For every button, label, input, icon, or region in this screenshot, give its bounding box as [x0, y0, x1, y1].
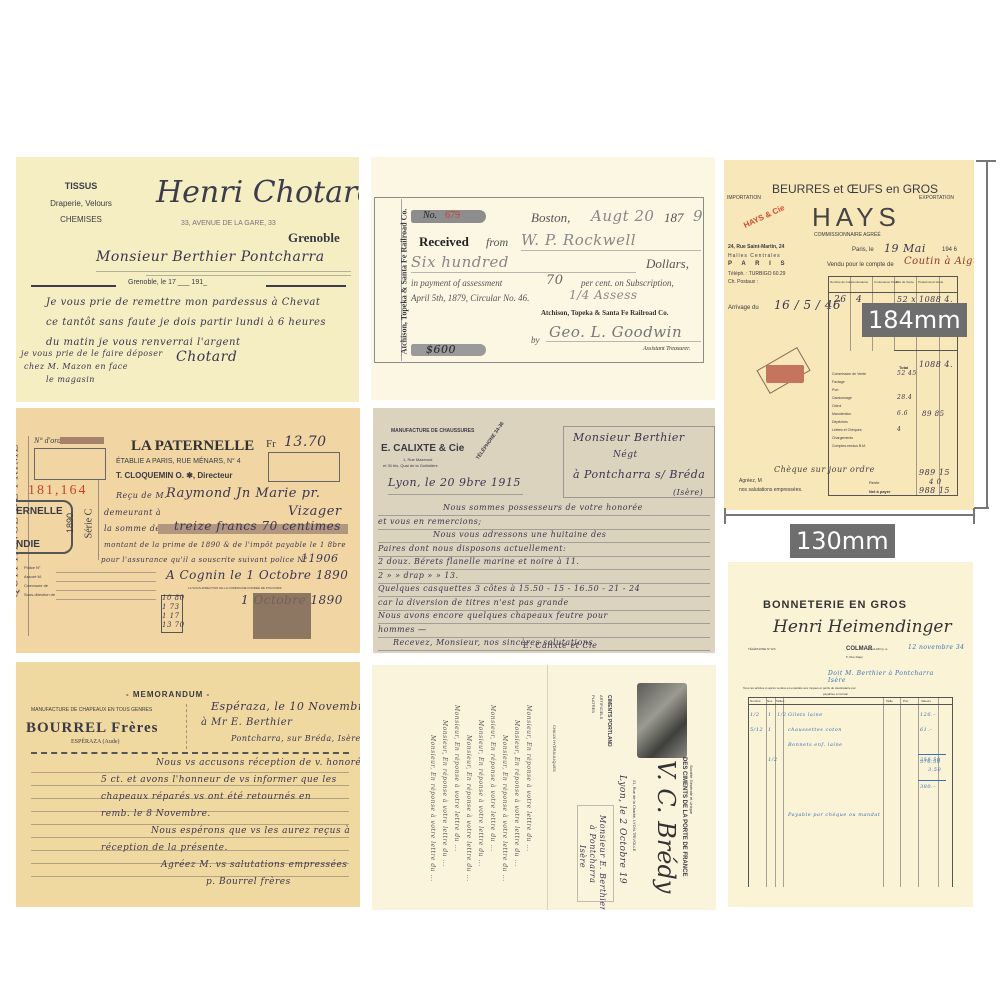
table-header: Prix [903, 699, 908, 703]
sum-label: la somme de [104, 524, 161, 533]
address-2: Halles Centrales [728, 253, 781, 259]
company-name: E. CALIXTE & Cie [381, 443, 464, 454]
handwriting-line: Monsieur, En réponse à votre lettre du .… [489, 705, 496, 852]
revenue-stamp [253, 593, 311, 639]
height-label: 184mm [862, 303, 967, 337]
subtotal: 376.50 [920, 759, 941, 765]
handwriting-line: Monsieur, En réponse à votre lettre du .… [501, 735, 508, 882]
address-hand-1: Monsieur E. Berthier [598, 815, 607, 910]
fr-hand: 13.70 [284, 434, 327, 450]
handwriting-line: Monsieur, En réponse à votre lettre du .… [525, 705, 532, 852]
width-label: 130mm [790, 524, 895, 558]
height-dimension-cap-top [976, 160, 996, 162]
signature: Chotard [176, 349, 237, 365]
address: 5, Rue Rapp [846, 655, 863, 659]
handwriting-line: Monsieur, En réponse à votre lettre du .… [441, 720, 448, 867]
fee-value: 28.4 [897, 394, 912, 401]
net-value-1: 989 15 [919, 468, 950, 477]
address-hand-2: Négt [613, 450, 638, 460]
body-line: car la diversion de titres n'est pas gra… [378, 598, 569, 607]
document-calixte: MANUFACTURE DE CHAUSSURES E. CALIXTE & C… [373, 408, 715, 653]
document-bourrel: - MEMORANDUM - MANUFACTURE DE CHAPEAUX E… [16, 662, 360, 907]
amount: 10 80 [162, 594, 185, 602]
height-dimension-cap-bottom [974, 507, 989, 509]
company-name: Henri Heimendinger [773, 617, 952, 637]
address: 21, Rue de la Charité, LYON-TRIVOLLE [632, 780, 637, 851]
residing-label: demeurant à [104, 508, 161, 517]
header-chemises: CHEMISES [36, 215, 126, 224]
row-tailles: 1/2 [777, 712, 787, 718]
received-label: Received [419, 234, 469, 250]
memo-title: - MEMORANDUM - [126, 690, 210, 699]
signature: E. Calixte et Cie [523, 641, 597, 650]
to-pay-label: Net à payer [869, 489, 891, 494]
stub-year: 1890 [65, 513, 75, 533]
company-name: HAYS [812, 202, 901, 233]
address-2: et 30 bis, Quai de la Guillotière [383, 463, 438, 468]
net-label: Reste [869, 480, 879, 485]
footer-hand: Payable par chèque ou mandat [788, 812, 880, 818]
row-desc: Bonnets enf. laine [788, 742, 843, 748]
body-line: Paires dont nous disposons actuellement: [378, 544, 566, 553]
handwriting-line: Monsieur, En réponse à votre lettre du .… [429, 735, 436, 882]
line-2-hand: 1/4 Assess [569, 288, 638, 302]
stub-field: Sous-direction de [24, 592, 55, 597]
closing-2: nos salutations empressées. [739, 487, 802, 493]
table-header: Nombre [750, 699, 761, 703]
handwriting-line: Monsieur, En réponse à votre lettre du .… [477, 720, 484, 867]
amount-box: $600 [426, 343, 456, 356]
company-name: V. C. Brédy [652, 760, 680, 893]
document-henri-chotard: TISSUS Draperie, Velours CHEMISES Henri … [16, 157, 359, 402]
document-bredy: CHAUX HYDRAULIQUES CIMENTS PORTLAND ARTI… [372, 665, 716, 910]
company-address: ÉTABLIE A PARIS, RUE MÉNARS, N° 4 [116, 458, 241, 465]
body-line: Nous sommes possesseurs de votre honorée [443, 503, 643, 512]
phone: TÉLÉPHONE N°120 [748, 647, 775, 651]
th-prix: Prix de Vente [896, 280, 914, 284]
total-value: 1088 4. [919, 360, 953, 369]
year: 194 6 [942, 247, 957, 253]
body-line: 2 » » drap » » 13. [378, 571, 458, 580]
header-title: BEURRES et ŒUFS en GROS [772, 182, 938, 196]
company-name: Atchison, Topeka & Santa Fe Railroad Co. [541, 309, 668, 317]
receipt-number: 679 [445, 210, 460, 221]
city-suffix: (Haut-Rhin), le [868, 647, 888, 651]
row-nos: 1/2 [768, 757, 778, 763]
fee-total: 89 85 [922, 410, 945, 418]
engraving-image [637, 683, 687, 758]
address-hand-4: (Isère) [673, 488, 703, 497]
address-hand-1: Monsieur Berthier [573, 431, 685, 444]
body-line: Nous espérons que vs les aurez reçus à [151, 826, 350, 836]
document-boston-receipt: Atchison, Topeka & Santa Fe Railroad Co.… [371, 157, 715, 400]
header-small: Société Générale et Unique [689, 765, 694, 814]
notice-2: payables à Colmar [823, 692, 848, 696]
address-4: Téléph. : TURBIGO 60.29 [728, 271, 785, 277]
assessment-hand: 70 [546, 273, 564, 288]
body-line-1: Je vous prie de remettre mon pardessus à… [46, 297, 320, 308]
received-label: Reçu de M. [116, 491, 167, 500]
body-line-3: du matin je vous renverrai l'argent [46, 337, 241, 348]
amount-hand: Six hundred [411, 253, 509, 271]
fee-value: 6.6 [897, 410, 908, 417]
stub-field: Assuré M. [24, 574, 42, 579]
received-hand: Raymond Jn Marie pr. [166, 486, 320, 501]
company-name: Henri Chotard [156, 175, 359, 210]
address: 33, AVENUE DE LA GARE, 33 [181, 220, 276, 227]
red-number: 181,164 [28, 483, 88, 499]
address-3: P A R I S [728, 261, 788, 267]
row-nombre: 5/12 [750, 727, 763, 733]
date-hand: Lyon, le 2 Octobre 19 [617, 775, 627, 884]
address-hand-2: à Pontcharra [588, 825, 597, 883]
by-label: by [531, 335, 540, 345]
dollars-label: Dollars, [646, 256, 689, 272]
city: Grenoble [288, 230, 340, 246]
fee-label: Camionnage [832, 396, 852, 400]
width-dimension-line [724, 514, 974, 516]
number-prefix: No. [423, 210, 437, 221]
fee-label: Lettres et Chèques [832, 428, 862, 432]
body-line: et vous en remercions; [378, 517, 482, 526]
stub-brand: ERNELLE [16, 506, 63, 517]
handwriting-line: Monsieur, En réponse à votre lettre du .… [465, 735, 472, 882]
document-la-paternelle: QUITTANCE DE PRIME N° d'ordre 181,164 ER… [16, 408, 360, 653]
signature-title: Assistant Treasurer. [643, 346, 690, 352]
signature: Geo. L. Goodwin [549, 323, 682, 341]
header-top: MANUFACTURE DE CHAUSSURES [391, 428, 474, 434]
header-draperie: Draperie, Velours [26, 199, 136, 208]
fee-label: Factage [832, 380, 845, 384]
closing-hand: Chèque sur jour ordre [774, 465, 875, 474]
revenue-stamp [766, 365, 804, 383]
address-5: Ch. Postaux : [728, 279, 758, 285]
handwriting-line: Monsieur, En réponse à votre lettre du .… [513, 720, 520, 867]
body-line: Nous vous adressons une huitaine des [433, 530, 606, 539]
side-text: Atchison, Topeka & Santa Fe Railroad Co. [399, 209, 408, 355]
net-value-2: 4 0 [929, 478, 942, 486]
side-text-4: PLATRES [591, 695, 596, 713]
closing: Agréez, M [739, 478, 762, 484]
to-pay-value: 988 15 [919, 486, 950, 495]
company-name: BOURREL Frères [26, 720, 158, 737]
year: 187 [664, 210, 684, 226]
to-city-hand: Pontcharra, sur Bréda, Isère [231, 734, 360, 743]
table-header: Valeurs [921, 699, 931, 703]
date-hand: Lyon, le 20 9bre 1915 [388, 476, 521, 489]
fee-value: 4 [897, 426, 901, 433]
company-name: LA PATERNELLE [131, 438, 254, 455]
from-hand: W. P. Rockwell [521, 231, 636, 249]
row-value: 61.– [920, 727, 932, 733]
stub-field: Commune de [24, 583, 48, 588]
body-line: chapeaux réparés vs ont été retournés en [101, 792, 311, 802]
address-hand-3: Isère [578, 845, 587, 868]
margin-note-2: chez M. Mazon en face [24, 362, 128, 371]
amount: 13 70 [162, 621, 185, 629]
address-hand-3: à Pontcharra s/ Bréda [573, 468, 705, 481]
document-heimendinger: BONNETERIE EN GROS Henri Heimendinger TÉ… [728, 562, 973, 907]
body-line: réception de la présente. [101, 843, 228, 853]
to-hand: à Mr E. Berthier [201, 717, 292, 728]
body-line: p. Bourrel frères [206, 877, 291, 887]
customer-hand-2: Isère [828, 677, 846, 684]
line-2: April 5th, 1879, Circular No. 46. [411, 293, 529, 303]
body-line: Agréez M. vs salutations empressées [161, 860, 347, 870]
side-text-2: CIMENTS PORTLAND [606, 695, 612, 747]
width-dimension-cap-right [973, 508, 975, 524]
serie: Série C [83, 509, 94, 539]
row-desc: Gilets laine [788, 712, 823, 718]
amount: 1 17 [162, 612, 180, 620]
body-line-2: ce tantôt sans faute je dois partir lund… [46, 317, 326, 328]
header-left: IMPORTATION [727, 195, 761, 201]
stub-region: NDIE [16, 539, 40, 550]
subheader: MANUFACTURE DE CHAPEAUX EN TOUS GENRES [31, 707, 152, 713]
director: T. CLOQUEMIN O. ✱, Directeur [116, 471, 233, 480]
th-produit: Produit de la Vente [918, 280, 943, 284]
fee-label: Manutention [832, 412, 851, 416]
margin-note-3: le magasin [46, 375, 95, 384]
date-hand: 19 Mai [884, 242, 926, 255]
policy-hand: 11906 [301, 552, 339, 565]
row-nombre: 1/2 [750, 712, 760, 718]
from-label: from [486, 235, 508, 250]
subdirection: LA SOUS-DIRECTION DE LA COMPAGNIE FONDÉE… [188, 586, 282, 590]
fr-label: Fr [266, 438, 276, 450]
body-line: 5 ct. et avons l'honneur de vs informer … [101, 775, 337, 785]
row-nos: 1 [768, 727, 772, 733]
fee-label: Comptes-rendus B.M. [832, 444, 866, 448]
policy-line: pour l'assurance qu'il a souscrite suiva… [101, 556, 308, 564]
row-desc: chaussettes coton [788, 727, 842, 733]
place: Boston, [531, 210, 570, 226]
arrival-label: Arrivage du [728, 305, 759, 311]
table-header: Taille [886, 699, 893, 703]
height-dimension-line [986, 160, 988, 508]
th-contenance: Contenance [852, 280, 868, 284]
header-right: EXPORTATION [919, 195, 954, 201]
address-1: 1, Rue Mazenod [403, 457, 432, 462]
stub-field: Police N° [24, 565, 41, 570]
total: 380.– [920, 784, 936, 790]
fee-value: 52 45 [897, 370, 917, 377]
place: ESPÉRAZA (Aude) [71, 739, 120, 745]
handwriting-line: Monsieur, En réponse à votre lettre du .… [453, 705, 460, 852]
year-hand: 9 [693, 207, 703, 225]
side-text-1: CHAUX HYDRAULIQUES [552, 725, 557, 772]
line-1b: per cent. on Subscription, [581, 278, 674, 288]
row-colis: 26 [834, 295, 846, 305]
red-stamp: HAYS & Cie [742, 203, 786, 230]
margin-note-1: je vous prie de le faire déposer [21, 349, 163, 358]
body-line: hommes — [378, 625, 427, 634]
th-colis: Nombre de Colis [830, 280, 852, 284]
fee-label: Octroi [832, 404, 841, 408]
date-line: Paris, le [852, 247, 874, 253]
date-line: Grenoble, le 17 ___ 191_ [128, 279, 207, 286]
body-line: Quelques casquettes 3 côtes à 15.50 - 15… [378, 584, 640, 593]
title: BONNETERIE EN GROS [763, 599, 907, 611]
date-hand: 12 novembre 34 [908, 644, 964, 651]
row-nos: 1 [768, 712, 772, 718]
table-header: Nos [767, 699, 772, 703]
sold-for-hand: Coutin à Aigueme [904, 256, 974, 267]
subtitle: COMMISSIONNAIRE AGRÉÉ [814, 232, 881, 238]
fee-label: Dépêches [832, 420, 848, 424]
width-dimension-cap-left [724, 508, 726, 524]
amount: 1 73 [162, 603, 180, 611]
fee-label: Chargements [832, 436, 853, 440]
date-hand: Augt 20 [591, 207, 654, 225]
phone-stamp: TÉLÉPHONE 34-36 [475, 421, 506, 461]
body-line: Nous avons encore quelques chapeaux feut… [378, 611, 608, 620]
side-text-3: ARTIFICIELS [599, 695, 604, 719]
body-line: Nous vs accusons réception de v. honorée [156, 758, 360, 768]
premium-line: montant de la prime de 1890 & de l'impôt… [104, 541, 346, 549]
place-date-hand: A Cognin le 1 Octobre 1890 [166, 568, 348, 582]
notice: Tous les articles ci-après vendus et exp… [743, 686, 856, 690]
address-1: 24, Rue Saint-Martin, 24 [728, 244, 784, 250]
date-hand: Espéraza, le 10 Novembre 1919 [211, 700, 360, 713]
extra: 3.50 [928, 767, 941, 773]
table-header: Tailles [776, 699, 784, 703]
header: DES CIMENTS DE LA PORTE DE FRANCE [681, 757, 687, 876]
body-line: 2 douz. Bérets flanelle marine et noire … [378, 557, 579, 566]
sum-hand: treize francs 70 centimes [174, 519, 341, 533]
line-1: in payment of assessment [411, 278, 502, 288]
sold-for: Vendu pour le compte de [827, 262, 894, 268]
customer-hand-1: Doit M. Berthier à Pontcharra [828, 670, 934, 677]
row-value: 126.– [920, 712, 936, 718]
residing-hand: Vizager [288, 504, 342, 519]
header-tissus: TISSUS [46, 181, 116, 191]
recipient: Monsieur Berthier Pontcharra [96, 249, 325, 265]
fee-label: Port [832, 388, 838, 392]
